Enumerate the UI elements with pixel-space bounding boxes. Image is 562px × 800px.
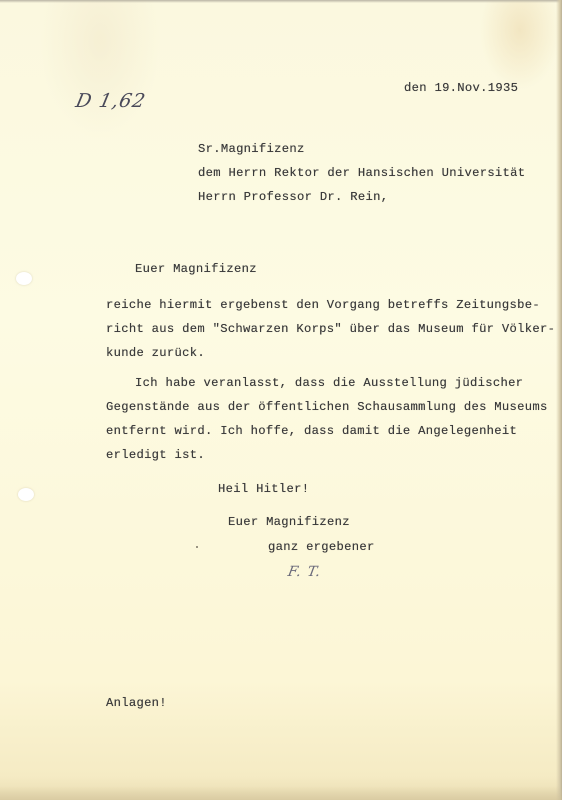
letter-date: den 19.Nov.1935 (404, 80, 518, 96)
paper-right-edge (556, 0, 562, 800)
salutation: Euer Magnifizenz (135, 261, 257, 277)
punch-hole-icon (18, 488, 34, 501)
body-paragraph-2-line-4: erledigt ist. (106, 447, 205, 463)
body-paragraph-1-line-2: richt aus dem "Schwarzen Korps" über das… (106, 321, 555, 337)
closing-line-1: Euer Magnifizenz (228, 514, 350, 530)
handwritten-signature: F. T. (287, 564, 323, 580)
paper-bottom-edge (0, 786, 562, 800)
greeting: Heil Hitler! (218, 481, 309, 497)
handwritten-reference-note: D 1,62 (74, 90, 148, 112)
document-page: D 1,62 den 19.Nov.1935 Sr.Magnifizenz de… (0, 0, 562, 800)
body-paragraph-2-line-2: Gegenstände aus der öffentlichen Schausa… (106, 399, 548, 415)
body-paragraph-2-line-1: Ich habe veranlasst, dass die Ausstellun… (135, 375, 523, 391)
closing-line-2: ganz ergebener (268, 539, 375, 555)
paper-top-edge (0, 0, 562, 3)
recipient-line-2: dem Herrn Rektor der Hansischen Universi… (198, 165, 525, 181)
body-paragraph-2-line-3: entfernt wird. Ich hoffe, dass damit die… (106, 423, 517, 439)
recipient-line-3: Herrn Professor Dr. Rein, (198, 189, 388, 205)
recipient-line-1: Sr.Magnifizenz (198, 141, 305, 157)
punch-hole-icon (16, 272, 32, 285)
body-paragraph-1-line-3: kunde zurück. (106, 345, 205, 361)
ink-speck (196, 546, 198, 548)
enclosure-note: Anlagen! (106, 695, 167, 711)
body-paragraph-1-line-1: reiche hiermit ergebenst den Vorgang bet… (106, 297, 540, 313)
